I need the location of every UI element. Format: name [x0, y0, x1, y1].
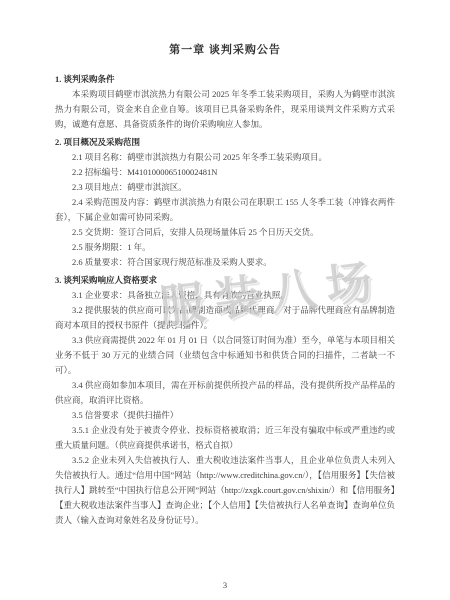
item-2-5-delivery: 2.5 交货期：签订合同后，安排人员现场量体后 25 个日历天交货。: [55, 225, 395, 240]
page-title: 第一章 谈判采购公告: [55, 42, 395, 58]
item-2-2-bid-number: 2.2 招标编号：M410100006510002481N: [55, 165, 395, 180]
item-3-5-2-credit-check: 3.5.2 企业未列入失信被执行人、重大税收违法案件当事人，且企业单位负责人未列…: [55, 453, 395, 528]
section-2-heading: 2. 项目概况及采购范围: [55, 135, 395, 150]
section-1-heading: 1. 谈判采购条件: [55, 72, 395, 87]
section-qualification-requirements: 3. 谈判采购响应人资格要求 3.1 企业要求：具备独立法人资格，具有有效的营业…: [55, 273, 395, 528]
item-3-5-1-commitment: 3.5.1 企业没有处于被责令停业、投标资格被取消；近三年没有骗取中标或严重违约…: [55, 423, 395, 453]
item-2-3-location: 2.3 项目地点：鹤壁市淇滨区。: [55, 180, 395, 195]
item-2-4-scope: 2.4 采购范围及内容：鹤壁市淇滨热力有限公司在职职工 155 人冬季工装（冲锋…: [55, 195, 395, 225]
item-3-3-performance-contract: 3.3 供应商需提供 2022 年 01 月 01 日（以合同签订时间为准）至今…: [55, 333, 395, 378]
page-number: 3: [0, 580, 450, 590]
section-3-heading: 3. 谈判采购响应人资格要求: [55, 273, 395, 288]
item-3-5-credit-requirement: 3.5 信誉要求（提供扫描件）: [55, 408, 395, 423]
section-project-overview: 2. 项目概况及采购范围 2.1 项目名称：鹤壁市淇滨热力有限公司 2025 年…: [55, 135, 395, 270]
item-3-1-enterprise-requirement: 3.1 企业要求：具备独立法人资格，具有有效的营业执照。: [55, 288, 395, 303]
document-page: 服装八场 第一章 谈判采购公告 1. 谈判采购条件 本采购项目鹤壁市淇滨热力有限…: [0, 0, 450, 600]
section-1-paragraph: 本采购项目鹤壁市淇滨热力有限公司 2025 年冬季工装采购项目，采购人为鹤壁市淇…: [55, 87, 395, 132]
item-3-4-sample-requirement: 3.4 供应商如参加本项目，需在开标前提供所投产品的样品，没有提供所投产品样品的…: [55, 378, 395, 408]
section-procurement-conditions: 1. 谈判采购条件 本采购项目鹤壁市淇滨热力有限公司 2025 年冬季工装采购项…: [55, 72, 395, 132]
item-2-1-project-name: 2.1 项目名称：鹤壁市淇滨热力有限公司 2025 年冬季工装采购项目。: [55, 150, 395, 165]
item-2-5-service-period: 2.5 服务期限：1 年。: [55, 240, 395, 255]
item-2-6-quality: 2.6 质量要求：符合国家现行规范标准及采购人要求。: [55, 255, 395, 270]
item-3-2-brand-authorization: 3.2 提供服装的供应商可以为品牌制造商或品牌代理商，对于品牌代理商应有品牌制造…: [55, 303, 395, 333]
